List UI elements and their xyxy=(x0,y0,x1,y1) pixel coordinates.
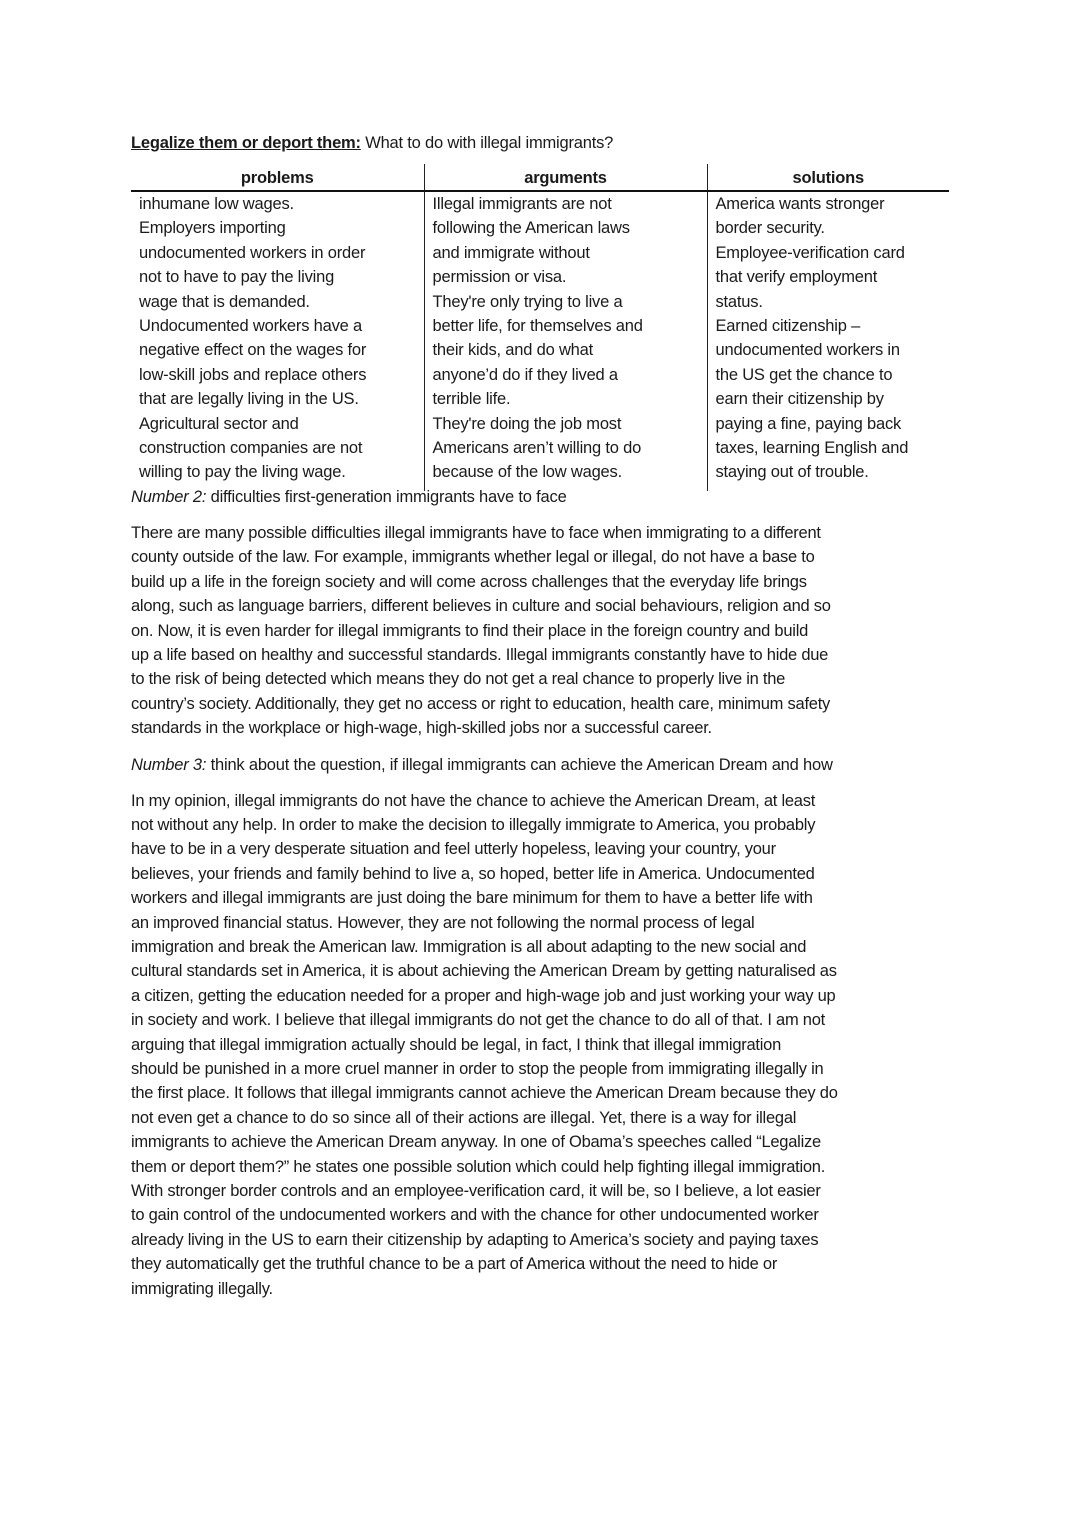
paragraph-line: immigrants to achieve the American Dream… xyxy=(131,1130,951,1154)
cell-line: low-skill jobs and replace others xyxy=(139,363,424,387)
paragraph-line: build up a life in the foreign society a… xyxy=(131,570,951,594)
document-title: Legalize them or deport them: What to do… xyxy=(131,131,951,155)
cell-line: construction companies are not xyxy=(139,436,424,460)
cell-line: status. xyxy=(716,290,950,314)
cell-line: because of the low wages. xyxy=(433,460,707,484)
paragraph-line: country’s society. Additionally, they ge… xyxy=(131,692,951,716)
cell-line: inhumane low wages. xyxy=(139,192,424,216)
cell-line: America wants stronger xyxy=(716,192,950,216)
cell-line: that are legally living in the US. xyxy=(139,387,424,411)
paragraph-line: should be punished in a more cruel manne… xyxy=(131,1057,951,1081)
cell-line: terrible life. xyxy=(433,387,707,411)
cell-line: Earned citizenship – xyxy=(716,314,950,338)
cell-line: Illegal immigrants are not xyxy=(433,192,707,216)
table-header-row: problems arguments solutions xyxy=(131,164,949,191)
paragraph-line: not without any help. In order to make t… xyxy=(131,813,951,837)
paragraph-line: an improved financial status. However, t… xyxy=(131,911,951,935)
paragraph-line: to gain control of the undocumented work… xyxy=(131,1203,951,1227)
cell-line: staying out of trouble. xyxy=(716,460,950,484)
section2-label: Number 2: xyxy=(131,488,206,506)
title-question: What to do with illegal immigrants? xyxy=(361,134,613,152)
cell-line: undocumented workers in xyxy=(716,338,950,362)
cell-line: the US get the chance to xyxy=(716,363,950,387)
cell-line: following the American laws xyxy=(433,216,707,240)
header-problems: problems xyxy=(131,164,424,191)
table-row: inhumane low wages. Employers importing … xyxy=(131,191,949,491)
solutions-cell: America wants stronger border security. … xyxy=(707,191,949,491)
title-strong: Legalize them or deport them: xyxy=(131,134,361,152)
cell-line: They're doing the job most xyxy=(433,412,707,436)
paragraph-line: not even get a chance to do so since all… xyxy=(131,1106,951,1130)
cell-line: anyone’d do if they lived a xyxy=(433,363,707,387)
cell-line: Undocumented workers have a xyxy=(139,314,424,338)
paragraph-line: With stronger border controls and an emp… xyxy=(131,1179,951,1203)
cell-line: Americans aren’t willing to do xyxy=(433,436,707,460)
section2-paragraph: There are many possible difficulties ill… xyxy=(131,521,951,741)
cell-line: not to have to pay the living xyxy=(139,265,424,289)
paragraph-line: workers and illegal immigrants are just … xyxy=(131,886,951,910)
paragraph-line: in society and work. I believe that ille… xyxy=(131,1008,951,1032)
section3-paragraph: In my opinion, illegal immigrants do not… xyxy=(131,789,951,1302)
paragraph-line: believes, your friends and family behind… xyxy=(131,862,951,886)
cell-line: and immigrate without xyxy=(433,241,707,265)
paragraph-line: immigration and break the American law. … xyxy=(131,935,951,959)
cell-line: better life, for themselves and xyxy=(433,314,707,338)
cell-line: permission or visa. xyxy=(433,265,707,289)
paragraph-line: to the risk of being detected which mean… xyxy=(131,667,951,691)
cell-line: border security. xyxy=(716,216,950,240)
paragraph-line: standards in the workplace or high-wage,… xyxy=(131,716,951,740)
cell-line: Employee-verification card xyxy=(716,241,950,265)
paragraph-line: arguing that illegal immigration actuall… xyxy=(131,1033,951,1057)
paragraph-line: already living in the US to earn their c… xyxy=(131,1228,951,1252)
section2-prompt: difficulties first-generation immigrants… xyxy=(206,488,566,506)
section3-label: Number 3: xyxy=(131,756,206,774)
comparison-table: problems arguments solutions inhumane lo… xyxy=(131,164,949,491)
problems-cell: inhumane low wages. Employers importing … xyxy=(131,191,424,491)
section3-prompt: think about the question, if illegal imm… xyxy=(206,756,832,774)
paragraph-line: them or deport them?” he states one poss… xyxy=(131,1155,951,1179)
section3-heading: Number 3: think about the question, if i… xyxy=(131,753,951,777)
cell-line: They're only trying to live a xyxy=(433,290,707,314)
paragraph-line: they automatically get the truthful chan… xyxy=(131,1252,951,1276)
cell-line: willing to pay the living wage. xyxy=(139,460,424,484)
header-arguments: arguments xyxy=(424,164,707,191)
paragraph-line: immigrating illegally. xyxy=(131,1277,951,1301)
paragraph-line: In my opinion, illegal immigrants do not… xyxy=(131,789,951,813)
paragraph-line: on. Now, it is even harder for illegal i… xyxy=(131,619,951,643)
cell-line: their kids, and do what xyxy=(433,338,707,362)
cell-line: that verify employment xyxy=(716,265,950,289)
paragraph-line: county outside of the law. For example, … xyxy=(131,545,951,569)
cell-line: Employers importing xyxy=(139,216,424,240)
paragraph-line: up a life based on healthy and successfu… xyxy=(131,643,951,667)
paragraph-line: a citizen, getting the education needed … xyxy=(131,984,951,1008)
arguments-cell: Illegal immigrants are not following the… xyxy=(424,191,707,491)
paragraph-line: the first place. It follows that illegal… xyxy=(131,1081,951,1105)
cell-line: wage that is demanded. xyxy=(139,290,424,314)
paragraph-line: have to be in a very desperate situation… xyxy=(131,837,951,861)
section2-heading: Number 2: difficulties first-generation … xyxy=(131,485,951,509)
paragraph-line: along, such as language barriers, differ… xyxy=(131,594,951,618)
paragraph-line: cultural standards set in America, it is… xyxy=(131,959,951,983)
header-solutions: solutions xyxy=(707,164,949,191)
cell-line: Agricultural sector and xyxy=(139,412,424,436)
cell-line: undocumented workers in order xyxy=(139,241,424,265)
cell-line: paying a fine, paying back xyxy=(716,412,950,436)
cell-line: earn their citizenship by xyxy=(716,387,950,411)
cell-line: taxes, learning English and xyxy=(716,436,950,460)
paragraph-line: There are many possible difficulties ill… xyxy=(131,521,951,545)
cell-line: negative effect on the wages for xyxy=(139,338,424,362)
document-page: Legalize them or deport them: What to do… xyxy=(131,131,951,1313)
